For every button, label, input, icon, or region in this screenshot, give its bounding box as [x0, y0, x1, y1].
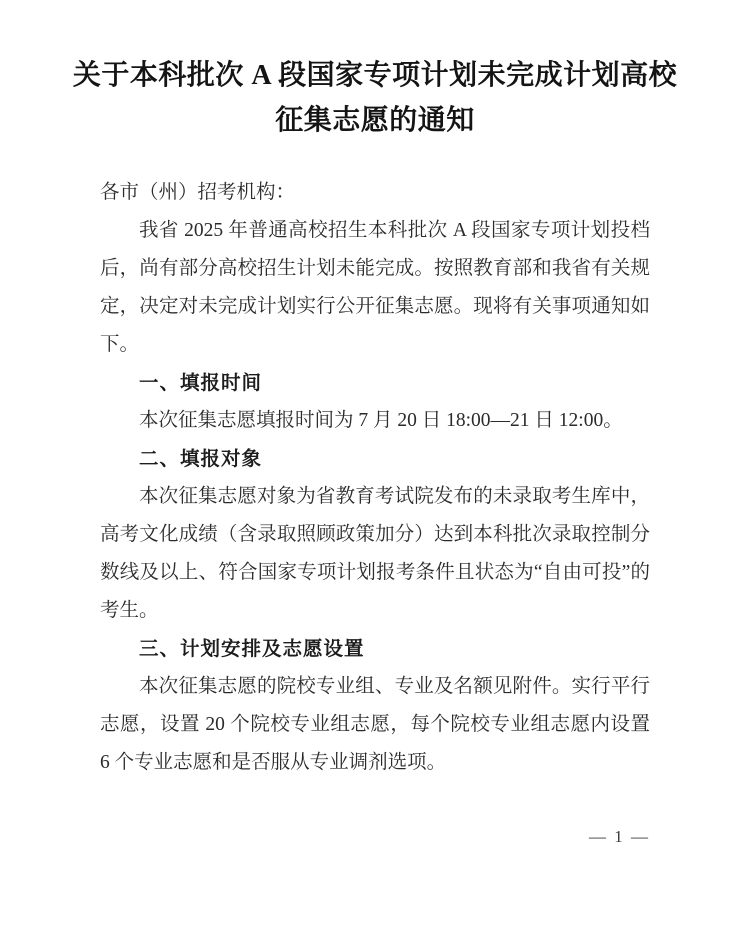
salutation: 各市（州）招考机构： [100, 174, 650, 212]
title-line-2: 征集志愿的通知 [45, 98, 705, 143]
document-body: 各市（州）招考机构： 我省 2025 年普通高校招生本科批次 A 段国家专项计划… [0, 174, 750, 782]
section-heading-2: 二、填报对象 [100, 440, 650, 478]
page-number: — 1 — [589, 826, 650, 848]
document-page: 关于本科批次 A 段国家专项计划未完成计划高校 征集志愿的通知 各市（州）招考机… [0, 0, 750, 932]
section-2-paragraph: 本次征集志愿对象为省教育考试院发布的未录取考生库中，高考文化成绩（含录取照顾政策… [100, 478, 650, 630]
title-line-1: 关于本科批次 A 段国家专项计划未完成计划高校 [45, 53, 705, 98]
section-heading-3: 三、计划安排及志愿设置 [100, 630, 650, 668]
document-title: 关于本科批次 A 段国家专项计划未完成计划高校 征集志愿的通知 [0, 0, 750, 143]
section-1-paragraph: 本次征集志愿填报时间为 7 月 20 日 18:00—21 日 12:00。 [100, 402, 650, 440]
section-heading-1: 一、填报时间 [100, 364, 650, 402]
intro-paragraph: 我省 2025 年普通高校招生本科批次 A 段国家专项计划投档后，尚有部分高校招… [100, 212, 650, 364]
section-3-paragraph: 本次征集志愿的院校专业组、专业及名额见附件。实行平行志愿，设置 20 个院校专业… [100, 668, 650, 782]
